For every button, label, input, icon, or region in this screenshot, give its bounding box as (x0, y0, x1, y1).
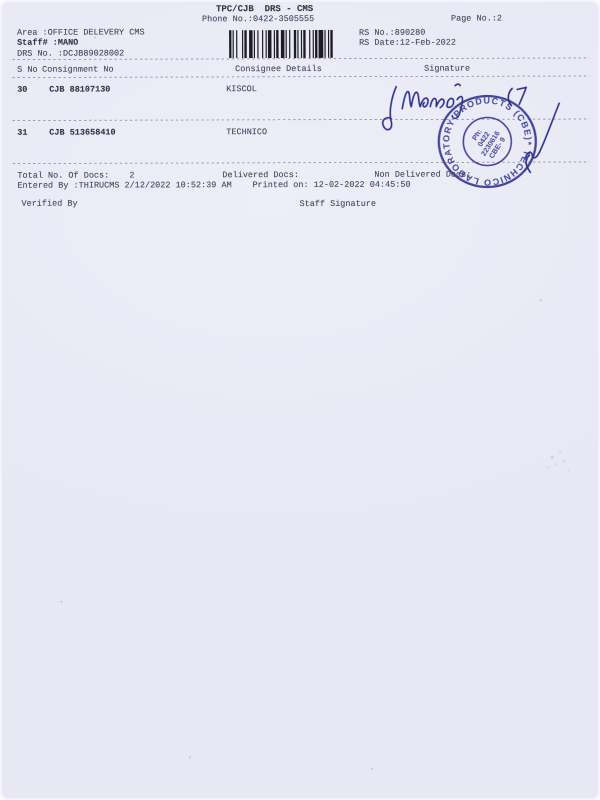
phone-number: Phone No.:0422-3505555 (202, 14, 314, 24)
handwritten-ink-layer (367, 75, 599, 186)
scan-speck (371, 768, 373, 770)
table-row-sno: 31 (17, 128, 27, 138)
scan-smudge (538, 437, 578, 481)
doc-title: TPC/CJB DRS - CMS (216, 4, 313, 14)
table-row-sno: 30 (17, 85, 27, 95)
receiver-tick-flourish (525, 103, 559, 172)
total-docs-label: Total No. Of Docs: (17, 170, 109, 180)
table-row-consignee: TECHNICO (226, 127, 267, 137)
rs-number-field: RS No.:890280 (359, 28, 425, 38)
scan-speck (540, 299, 542, 301)
entered-by-field: Entered By :THIRUCMS 2/12/2022 10:52:39 … (17, 180, 231, 191)
col-header-consignee: Consignee Details (235, 64, 322, 74)
col-header-signature: Signature (424, 64, 470, 74)
drs-number-field: DRS No. :DCJB89028002 (17, 48, 124, 58)
scan-speck (189, 756, 191, 758)
area-field: Area :OFFICE DELEVERY CMS (17, 27, 145, 37)
handwritten-note (508, 87, 526, 105)
table-row-consignment: CJB 88107130 (49, 84, 110, 94)
verified-by-label: Verified By (21, 199, 77, 209)
col-header-sno: S No (17, 65, 37, 75)
staff-signature-label: Staff Signature (299, 199, 376, 209)
scanned-document-page: TPC/CJB DRS - CMS Phone No.:0422-3505555… (0, 0, 600, 800)
staff-field: Staff# :MANO (17, 38, 78, 48)
page-number: Page No.:2 (451, 13, 502, 23)
rs-date-field: RS Date:12-Feb-2022 (359, 38, 456, 48)
barcode (229, 30, 335, 58)
consignee-signature (383, 84, 463, 130)
table-row-consignment: CJB 513658410 (49, 127, 115, 137)
table-row-consignee: KISCOL (226, 84, 257, 94)
scan-speck (61, 601, 63, 603)
delivered-docs-label: Delivered Docs: (222, 170, 299, 180)
drs-run-sheet: TPC/CJB DRS - CMS Phone No.:0422-3505555… (0, 0, 600, 800)
total-docs-value: 2 (129, 170, 134, 180)
col-header-consignment: Consignment No (42, 64, 113, 74)
